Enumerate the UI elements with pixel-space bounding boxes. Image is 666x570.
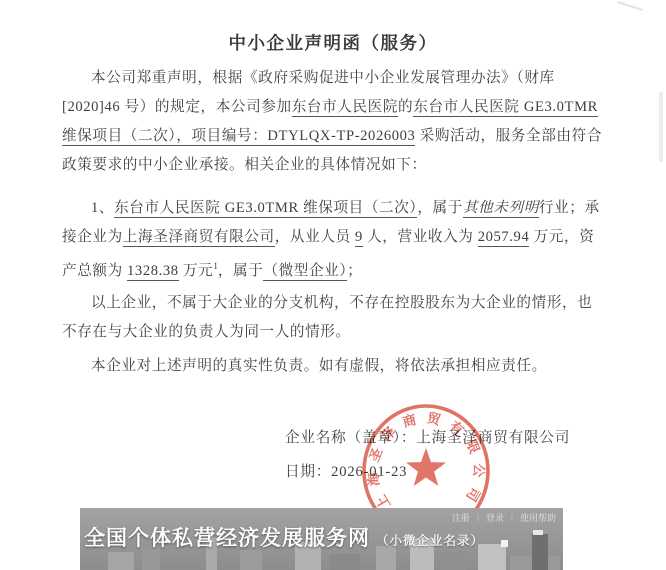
text-segment: 人，营业收入为 [363, 229, 478, 245]
text-segment: 2057.94 [478, 229, 530, 247]
nav-separator: | [477, 513, 479, 522]
scan-artifact [659, 92, 663, 162]
text-segment: 采购活动，服务全部由符合 [415, 128, 602, 144]
banner-titlebar: 全国个体私营经济发展服务网（小微企业名录） [84, 522, 484, 552]
text-segment: 行业；承 [539, 200, 600, 216]
document-line: 以上企业，不属于大企业的分支机构，不存在控股股东为大企业的情形，也 [62, 289, 612, 318]
document-line: 1、东台市人民医院 GE3.0TMR 维保项目（二次），属于其他未列明行业；承 [62, 194, 612, 223]
signature-company-line: 企业名称（盖章）：上海圣泽商贸有限公司 [285, 421, 570, 455]
nav-separator: | [511, 513, 513, 522]
banner-subtitle: （小微企业名录） [376, 534, 484, 548]
document-line: 本公司郑重声明，根据《政府采购促进中小企业发展管理办法》（财库 [62, 64, 612, 93]
document-line: [2020]46 号）的规定，本公司参加东台市人民医院的东台市人民医院 GE3.… [62, 93, 612, 122]
text-segment: 产总额为 [62, 263, 127, 279]
banner: 注册|登录|使用帮助 全国个体私营经济发展服务网（小微企业名录） [80, 508, 563, 570]
text-segment: 万元 [179, 263, 214, 279]
text-segment: 的 [398, 99, 413, 115]
document-line: 产总额为 1328.38 万元1，属于（微型企业）； [62, 252, 612, 281]
signature-date-line: 日期：2026-01-23 [285, 455, 570, 489]
text-segment: 1、 [91, 200, 114, 216]
banner-nav: 注册|登录|使用帮助 [452, 511, 556, 524]
text-segment: 以上企业，不属于大企业的分支机构，不存在控股股东为大企业的情形，也 [91, 295, 592, 311]
text-segment: 接企业为 [62, 229, 123, 245]
text-segment: 维保项目（二次），项目编号：DTYLQX-TP-2026003 [62, 128, 415, 146]
banner-nav-item: 使用帮助 [520, 511, 556, 524]
text-segment: ； [347, 263, 362, 279]
text-segment: ，从业人员 [275, 229, 355, 245]
document-line: 维保项目（二次），项目编号：DTYLQX-TP-2026003 采购活动，服务全… [62, 122, 612, 151]
text-segment: 不存在与大企业的负责人为同一人的情形。 [62, 324, 351, 340]
text-segment: 本企业对上述声明的真实性负责。如有虚假，将依法承担相应责任。 [91, 358, 547, 374]
banner-title: 全国个体私营经济发展服务网 [84, 527, 370, 550]
scan-artifact [617, 1, 642, 11]
text-segment: 本公司郑重声明，根据《政府采购促进中小企业发展管理办法》（财库 [91, 70, 555, 86]
document-body: 本公司郑重声明，根据《政府采购促进中小企业发展管理办法》（财库[2020]46 … [62, 64, 612, 381]
document-line: 不存在与大企业的负责人为同一人的情形。 [62, 318, 612, 347]
text-segment: [2020]46 号）的规定，本公司参加 [62, 99, 292, 115]
document-line: 本企业对上述声明的真实性负责。如有虚假，将依法承担相应责任。 [62, 352, 612, 381]
text-segment: 1328.38 [127, 263, 179, 281]
document-line: 政策要求的中小企业承接。相关企业的具体情况如下： [62, 151, 612, 180]
signature-block: 企业名称（盖章）：上海圣泽商贸有限公司 日期：2026-01-23 [285, 421, 570, 489]
banner-nav-item: 注册 [452, 511, 470, 524]
scanned-document-page: 中小企业声明函（服务） 本公司郑重声明，根据《政府采购促进中小企业发展管理办法》… [0, 0, 666, 570]
document-line: 接企业为上海圣泽商贸有限公司，从业人员 9 人，营业收入为 2057.94 万元… [62, 223, 612, 252]
page-title: 中小企业声明函（服务） [0, 30, 666, 55]
text-segment: ，属于 [218, 263, 264, 279]
text-segment: 东台市人民医院 GE3.0TMR 维保项目（二次） [114, 200, 417, 218]
text-segment: 政策要求的中小企业承接。相关企业的具体情况如下： [62, 157, 427, 173]
text-segment: 上海圣泽商贸有限公司 [123, 229, 275, 247]
text-segment: 万元，资 [529, 229, 594, 245]
text-segment: 9 [355, 229, 363, 247]
text-segment: 东台市人民医院 GE3.0TMR [413, 99, 598, 117]
text-segment: （微型企业） [263, 263, 347, 281]
text-segment: ，属于 [417, 200, 463, 216]
banner-nav-item: 登录 [486, 511, 504, 524]
text-segment: 东台市人民医院 [292, 99, 398, 117]
text-segment: 其他未列明 [463, 200, 539, 218]
